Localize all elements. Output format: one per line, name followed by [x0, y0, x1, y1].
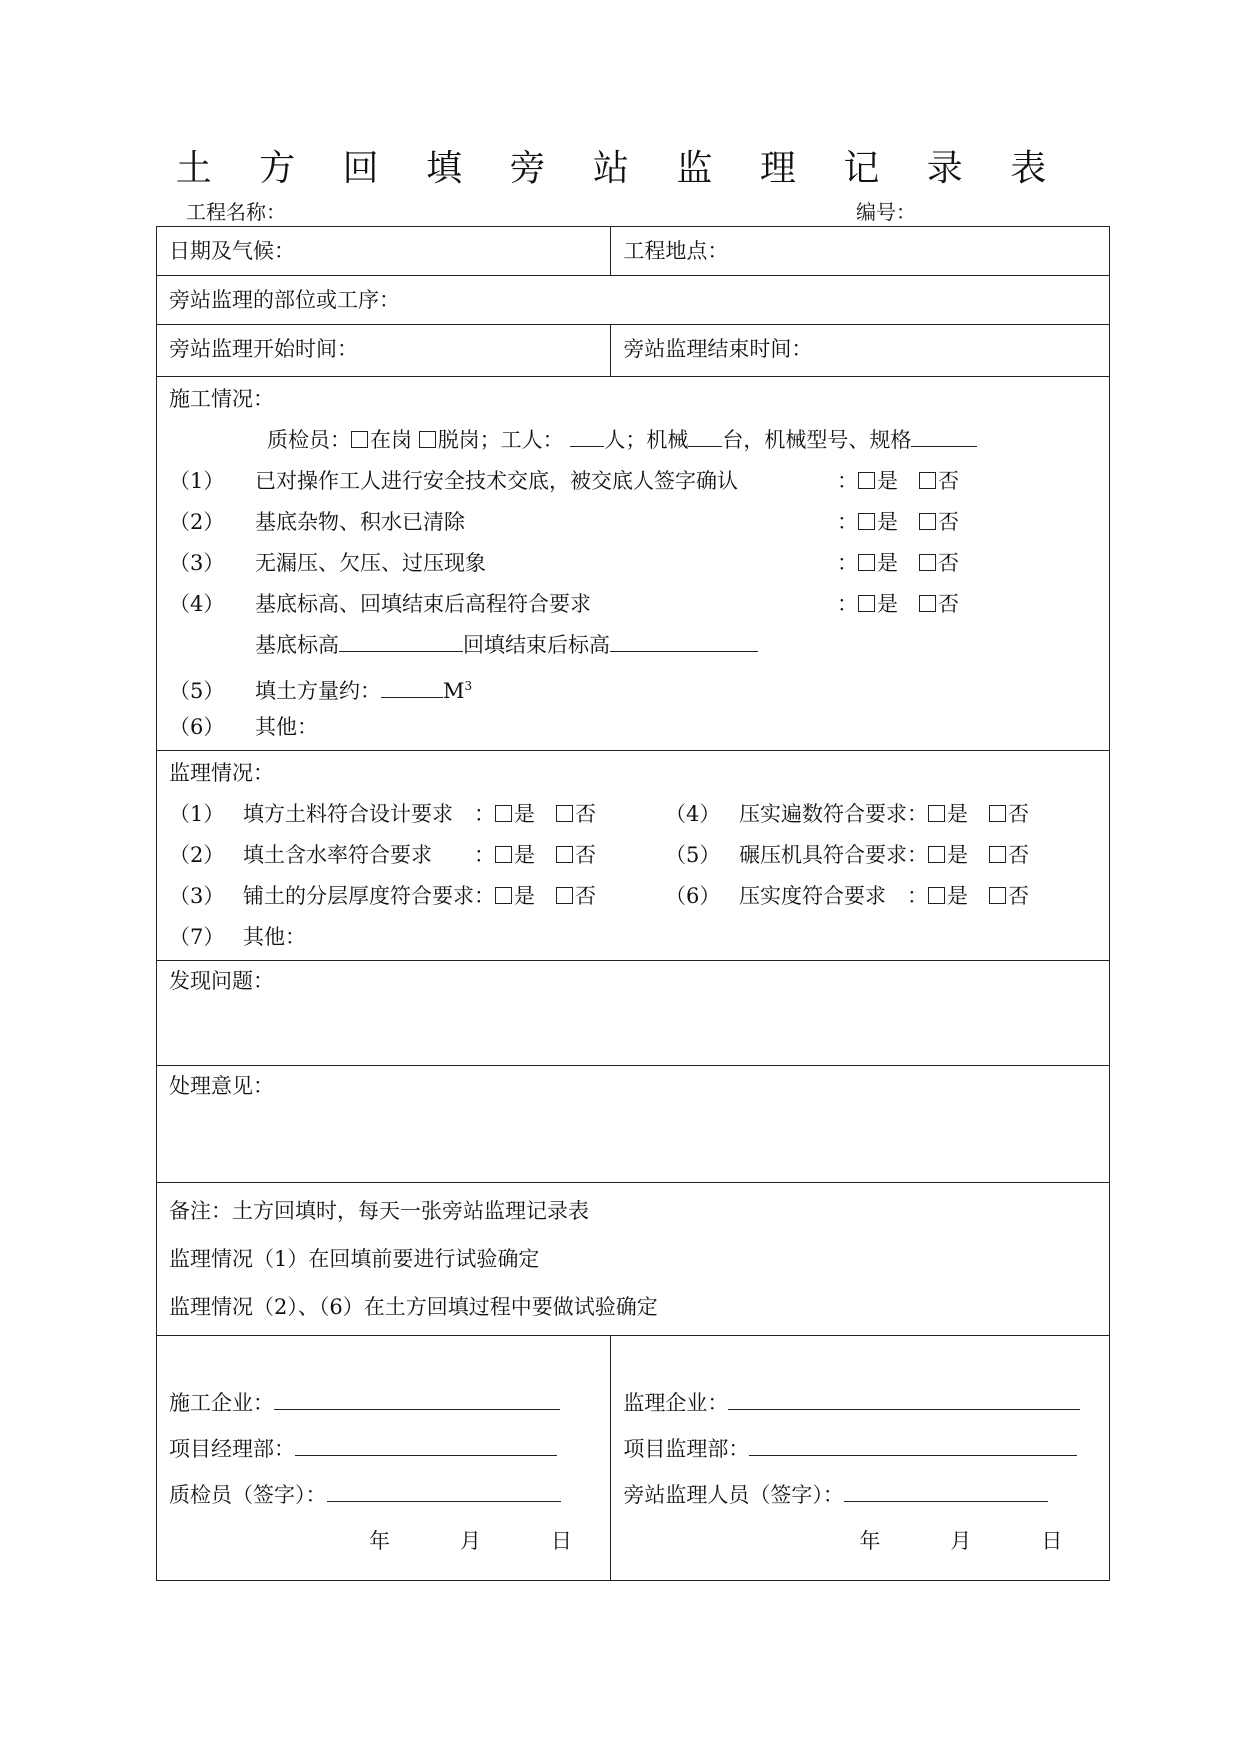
yes-checkbox[interactable] — [928, 805, 945, 822]
off-duty-checkbox[interactable] — [419, 431, 436, 448]
inspector-signature-label: 质检员（签字）： — [169, 1483, 327, 1507]
contractor-company-label: 施工企业： — [169, 1391, 274, 1415]
month-label: 月 — [460, 1529, 481, 1553]
supervisor-signature-input[interactable] — [844, 1481, 1048, 1502]
on-duty-checkbox[interactable] — [351, 431, 368, 448]
construction-section: 施工情况： 质检员：在岗 脱岗；工人： 人；机械台，机械型号、规格 （1）已对操… — [157, 377, 1110, 751]
note-line: 监理情况（2）、（6）在土方回填过程中要做试验确定 — [169, 1283, 1097, 1331]
item-number: （6） — [169, 707, 255, 748]
notes-section: 备注：土方回填时，每天一张旁站监理记录表 监理情况（1）在回填前要进行试验确定 … — [157, 1183, 1110, 1336]
supervision-row-3: （3）铺土的分层厚度符合要求：是 否 （6）压实度符合要求 ：是 否 — [169, 876, 1097, 917]
yes-checkbox[interactable] — [495, 846, 512, 863]
year-label: 年 — [859, 1529, 880, 1553]
other-field[interactable]: 其他： — [243, 925, 306, 949]
supervision-other: （7）其他： — [169, 917, 1097, 958]
machine-unit-label: 台，机械型号、规格 — [722, 428, 911, 452]
start-time-field[interactable]: 旁站监理开始时间： — [157, 325, 611, 377]
volume-input[interactable] — [381, 677, 443, 698]
no-checkbox[interactable] — [556, 846, 573, 863]
construction-item-2: （2）基底杂物、积水已清除 ：是 否 — [169, 502, 1097, 543]
no-label: 否 — [938, 510, 959, 534]
item-text: 基底标高、回填结束后高程符合要求 — [255, 592, 591, 616]
supervisor-company-label: 监理企业： — [623, 1391, 728, 1415]
construction-item-1: （1）已对操作工人进行安全技术交底，被交底人签字确认 ：是 否 — [169, 461, 1097, 502]
machine-spec-input[interactable] — [911, 426, 977, 447]
no-checkbox[interactable] — [989, 887, 1006, 904]
end-time-field[interactable]: 旁站监理结束时间： — [611, 325, 1110, 377]
yes-checkbox[interactable] — [928, 846, 945, 863]
month-label: 月 — [950, 1529, 971, 1553]
workers-count-input[interactable] — [570, 426, 604, 447]
part-process-field[interactable]: 旁站监理的部位或工序： — [157, 276, 1110, 325]
item-number: （2） — [169, 502, 255, 543]
item-text: 已对操作工人进行安全技术交底，被交底人签字确认 — [255, 469, 738, 493]
item-number: （4） — [169, 584, 255, 625]
note-line: 备注：土方回填时，每天一张旁站监理记录表 — [169, 1187, 1097, 1235]
item-text: 无漏压、欠压、过压现象 — [255, 551, 486, 575]
yes-checkbox[interactable] — [858, 595, 875, 612]
no-checkbox[interactable] — [989, 846, 1006, 863]
item-text: 压实度符合要求 ： — [739, 884, 928, 908]
item-number: （3） — [169, 543, 255, 584]
after-elevation-label: 回填结束后标高 — [463, 633, 610, 657]
on-duty-label: 在岗 — [370, 428, 412, 452]
opinions-field[interactable]: 处理意见： — [157, 1066, 1110, 1183]
item-text: 填方土料符合设计要求 ： — [243, 802, 495, 826]
item-text: 碾压机具符合要求： — [739, 843, 928, 867]
yes-checkbox[interactable] — [858, 554, 875, 571]
construction-item-4: （4）基底标高、回填结束后高程符合要求 ：是 否 — [169, 584, 1097, 625]
supervisor-signature-label: 旁站监理人员（签字）： — [623, 1483, 844, 1507]
serial-no-label: 编号： — [856, 196, 916, 225]
yes-checkbox[interactable] — [495, 805, 512, 822]
supervision-heading: 监理情况： — [169, 753, 1097, 794]
supervision-record-form: 日期及气候： 工程地点： 旁站监理的部位或工序： 旁站监理开始时间： 旁站监理结… — [156, 226, 1110, 1581]
yes-label: 是 — [877, 592, 898, 616]
supervisor-signature-block: 监理企业： 项目监理部： 旁站监理人员（签字）： 年月日 — [611, 1336, 1110, 1581]
elevation-line: 基底标高回填结束后标高 — [169, 625, 1097, 666]
no-checkbox[interactable] — [919, 472, 936, 489]
supervision-section: 监理情况： （1）填方土料符合设计要求 ：是 否 （4）压实遍数符合要求：是 否… — [157, 751, 1110, 961]
yes-label: 是 — [877, 551, 898, 575]
base-elevation-input[interactable] — [339, 631, 463, 652]
no-checkbox[interactable] — [919, 554, 936, 571]
no-label: 否 — [938, 592, 959, 616]
location-field[interactable]: 工程地点： — [611, 227, 1110, 276]
item-text: 铺土的分层厚度符合要求： — [243, 884, 495, 908]
other-field[interactable]: 其他： — [255, 715, 318, 739]
yes-checkbox[interactable] — [858, 513, 875, 530]
day-label: 日 — [1041, 1529, 1062, 1553]
no-label: 否 — [938, 551, 959, 575]
opinions-label: 处理意见： — [169, 1066, 1097, 1107]
volume-line: （5）填土方量约：M3 — [169, 666, 1097, 707]
item-text: 基底杂物、积水已清除 — [255, 510, 465, 534]
yes-label: 是 — [877, 469, 898, 493]
contractor-company-input[interactable] — [274, 1389, 560, 1410]
yes-label: 是 — [877, 510, 898, 534]
note-line: 监理情况（1）在回填前要进行试验确定 — [169, 1235, 1097, 1283]
off-duty-label: 脱岗；工人： — [438, 428, 564, 452]
volume-unit: M — [443, 679, 465, 703]
yes-checkbox[interactable] — [495, 887, 512, 904]
supervision-dept-label: 项目监理部： — [623, 1437, 749, 1461]
no-checkbox[interactable] — [919, 595, 936, 612]
item-number: （5） — [169, 671, 255, 712]
item-text: 填土含水率符合要求 ： — [243, 843, 495, 867]
construction-item-3: （3）无漏压、欠压、过压现象 ：是 否 — [169, 543, 1097, 584]
volume-label: 填土方量约： — [255, 679, 381, 703]
volume-unit-exponent: 3 — [465, 679, 473, 693]
project-manager-label: 项目经理部： — [169, 1437, 295, 1461]
inspector-label: 质检员： — [267, 428, 351, 452]
no-checkbox[interactable] — [989, 805, 1006, 822]
person-unit-label: 人；机械 — [604, 428, 688, 452]
machine-count-input[interactable] — [688, 426, 722, 447]
construction-heading: 施工情况： — [169, 379, 1097, 420]
project-manager-input[interactable] — [295, 1435, 557, 1456]
no-checkbox[interactable] — [556, 805, 573, 822]
yes-checkbox[interactable] — [858, 472, 875, 489]
supervision-row-1: （1）填方土料符合设计要求 ：是 否 （4）压实遍数符合要求：是 否 — [169, 794, 1097, 835]
item-text: 压实遍数符合要求： — [739, 802, 928, 826]
construction-other: （6）其他： — [169, 707, 1097, 748]
yes-checkbox[interactable] — [928, 887, 945, 904]
page-title: 土 方 回 填 旁 站 监 理 记 录 表 — [0, 140, 1240, 191]
problems-label: 发现问题： — [169, 961, 1097, 1002]
supervision-dept-input[interactable] — [749, 1435, 1077, 1456]
date-weather-field[interactable]: 日期及气候： — [157, 227, 611, 276]
year-label: 年 — [369, 1529, 390, 1553]
no-checkbox[interactable] — [919, 513, 936, 530]
inspector-signature-input[interactable] — [327, 1481, 561, 1502]
after-elevation-input[interactable] — [610, 631, 758, 652]
supervisor-company-input[interactable] — [728, 1389, 1080, 1410]
no-checkbox[interactable] — [556, 887, 573, 904]
supervision-row-2: （2）填土含水率符合要求 ：是 否 （5）碾压机具符合要求：是 否 — [169, 835, 1097, 876]
base-elevation-label: 基底标高 — [255, 633, 339, 657]
problems-field[interactable]: 发现问题： — [157, 961, 1110, 1066]
project-name-label: 工程名称： — [186, 196, 286, 225]
day-label: 日 — [551, 1529, 572, 1553]
contractor-signature-block: 施工企业： 项目经理部： 质检员（签字）： 年月日 — [157, 1336, 611, 1581]
no-label: 否 — [938, 469, 959, 493]
item-number: （1） — [169, 461, 255, 502]
